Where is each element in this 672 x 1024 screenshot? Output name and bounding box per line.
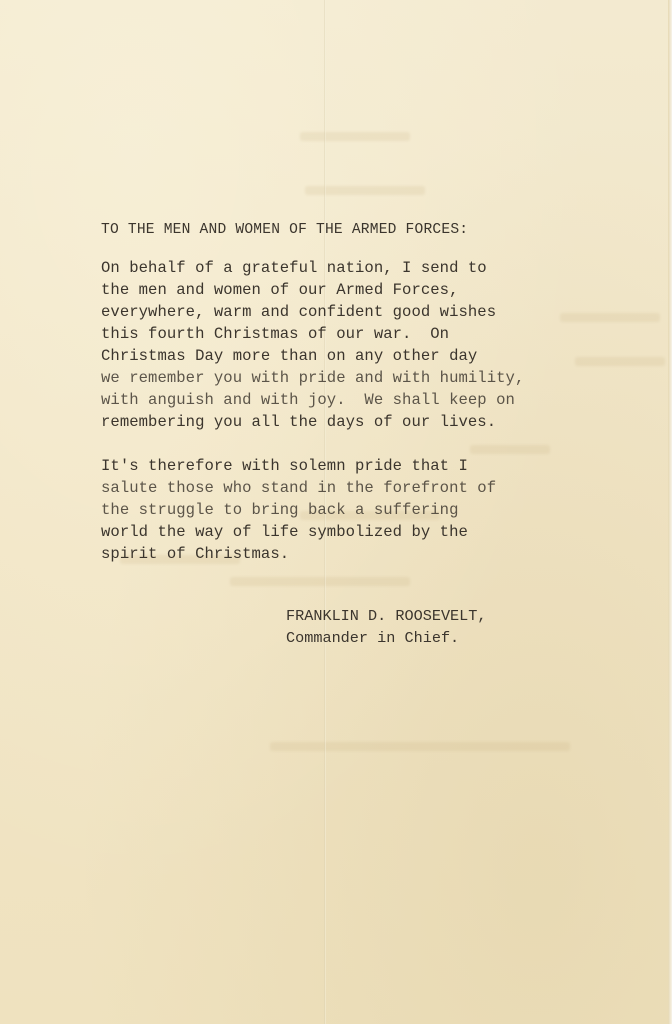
salutation-heading: TO THE MEN AND WOMEN OF THE ARMED FORCES… [101,219,641,241]
text-line: with anguish and with joy. We shall keep… [101,389,641,411]
text-line: Christmas Day more than on any other day [101,345,641,367]
text-line: It's therefore with solemn pride that I [101,455,641,477]
text-line: the men and women of our Armed Forces, [101,279,641,301]
text-line: world the way of life symbolized by the [101,521,641,543]
bleed-through-mark [270,742,570,751]
signature-block: FRANKLIN D. ROOSEVELT, Commander in Chie… [286,605,487,649]
text-line: salute those who stand in the forefront … [101,477,641,499]
signature-name: FRANKLIN D. ROOSEVELT, [286,605,487,627]
text-line: this fourth Christmas of our war. On [101,323,641,345]
text-line: we remember you with pride and with humi… [101,367,641,389]
paragraph-1: On behalf of a grateful nation, I send t… [101,257,641,433]
paper-edge [668,0,672,1024]
paragraph-2: It's therefore with solemn pride that I … [101,455,641,565]
text-line: remembering you all the days of our live… [101,411,641,433]
signature-title: Commander in Chief. [286,627,487,649]
text-line: On behalf of a grateful nation, I send t… [101,257,641,279]
text-line: everywhere, warm and confident good wish… [101,301,641,323]
text-line: spirit of Christmas. [101,543,641,565]
bleed-through-mark [305,186,425,195]
text-line: the struggle to bring back a suffering [101,499,641,521]
letter-body: TO THE MEN AND WOMEN OF THE ARMED FORCES… [101,219,641,587]
typed-letter-page: TO THE MEN AND WOMEN OF THE ARMED FORCES… [0,0,672,1024]
bleed-through-mark [300,132,410,141]
